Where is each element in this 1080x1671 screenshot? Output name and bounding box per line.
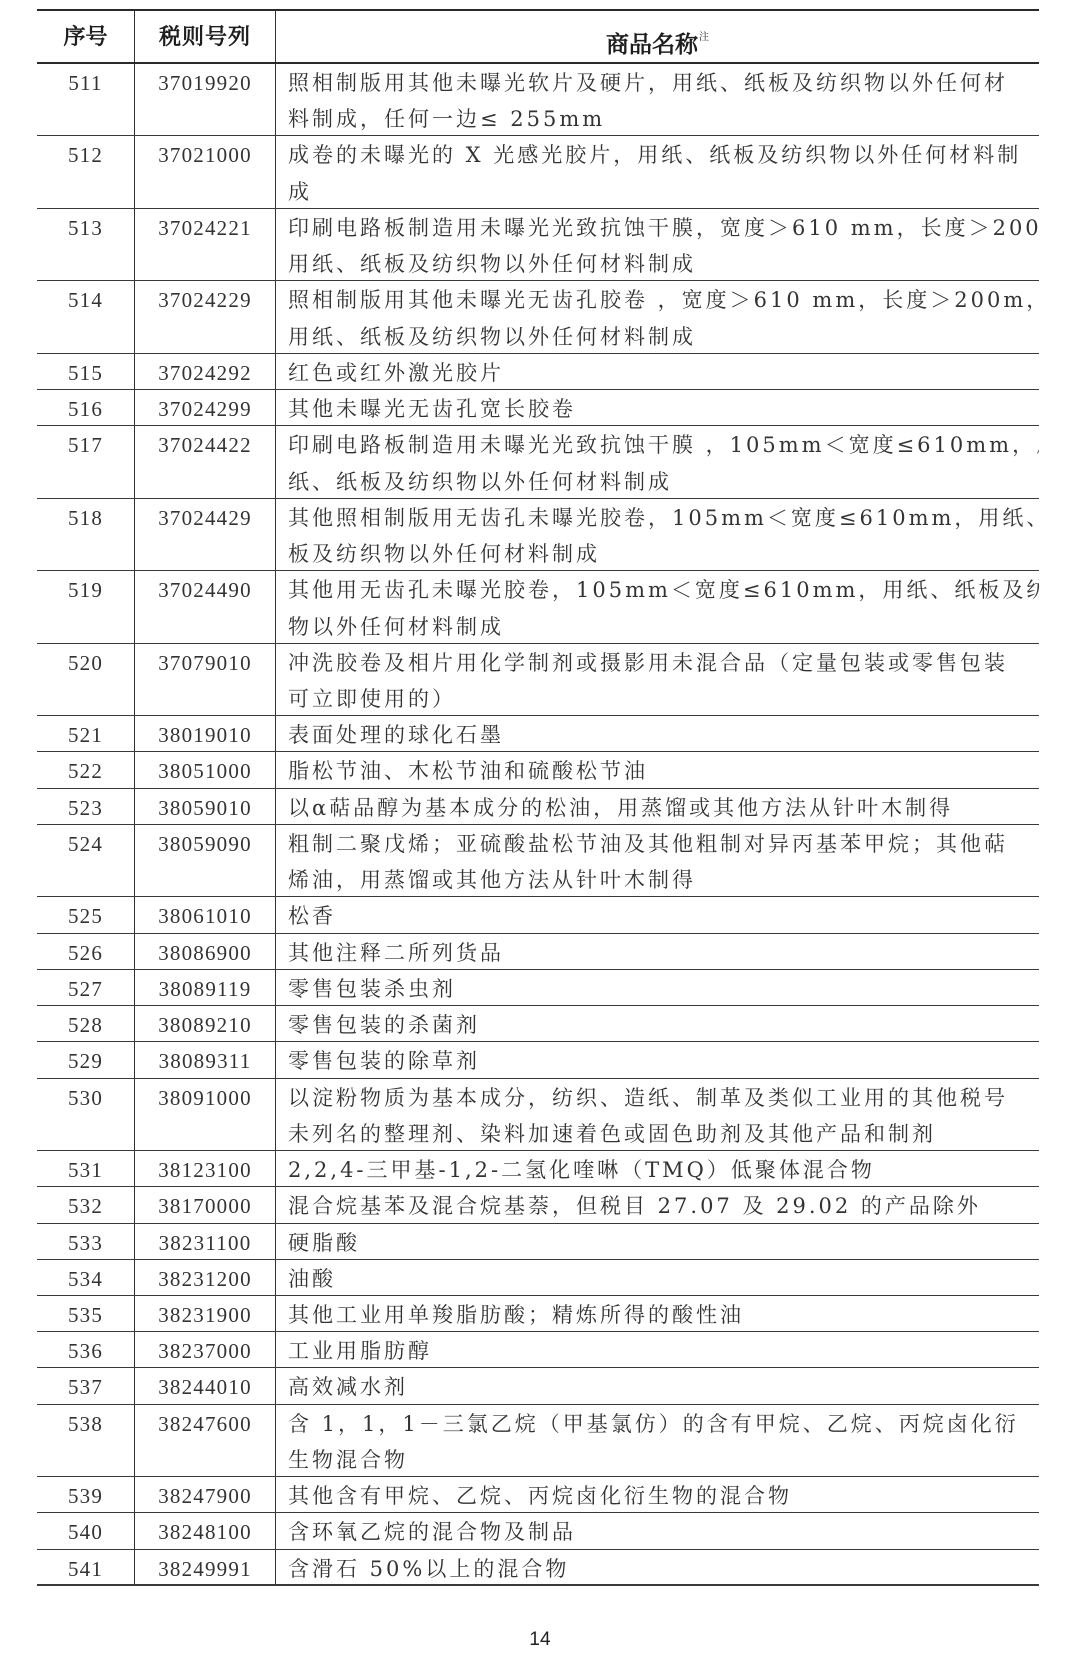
table-row: 515 37024292 红色或红外激光胶片 <box>37 354 1039 390</box>
seq-cell: 538 <box>37 1405 134 1476</box>
table-row: 525 38061010 松香 <box>37 897 1039 933</box>
seq-cell: 534 <box>37 1260 134 1295</box>
seq-cell: 515 <box>37 354 134 389</box>
tariff-code-cell: 37024229 <box>134 281 275 352</box>
table-row: 535 38231900 其他工业用单羧脂肪酸；精炼所得的酸性油 <box>37 1296 1039 1332</box>
seq-cell: 529 <box>37 1042 134 1077</box>
commodity-name-cell: 零售包装的除草剂 <box>275 1042 1039 1077</box>
commodity-name-cell: 油酸 <box>275 1260 1039 1295</box>
tariff-code-cell: 37021000 <box>134 136 275 207</box>
tariff-code-cell: 38123100 <box>134 1151 275 1186</box>
seq-cell: 527 <box>37 970 134 1005</box>
tariff-code-cell: 38091000 <box>134 1079 275 1150</box>
table-row: 538 38247600 含 1，1，1－三氯乙烷（甲基氯仿）的含有甲烷、乙烷、… <box>37 1405 1039 1477</box>
table-row: 521 38019010 表面处理的球化石墨 <box>37 716 1039 752</box>
header-note-marker: 注 <box>699 32 709 43</box>
table-header-row: 序号 税则号列 商品名称注 <box>37 11 1039 64</box>
commodity-name-cell: 表面处理的球化石墨 <box>275 716 1039 751</box>
tariff-code-cell: 38247600 <box>134 1405 275 1476</box>
table-row: 541 38249991 含滑石 50%以上的混合物 <box>37 1550 1039 1586</box>
seq-cell: 514 <box>37 281 134 352</box>
tariff-code-cell: 37024429 <box>134 499 275 570</box>
seq-cell: 523 <box>37 789 134 824</box>
page-number: 14 <box>0 1629 1080 1651</box>
commodity-name-cell: 以α萜品醇为基本成分的松油，用蒸馏或其他方法从针叶木制得 <box>275 789 1039 824</box>
table-row: 540 38248100 含环氧乙烷的混合物及制品 <box>37 1513 1039 1549</box>
seq-cell: 518 <box>37 499 134 570</box>
table-row: 534 38231200 油酸 <box>37 1260 1039 1296</box>
tariff-code-cell: 38237000 <box>134 1332 275 1367</box>
table-row: 526 38086900 其他注释二所列货品 <box>37 934 1039 970</box>
table-row: 514 37024229 照相制版用其他未曝光无齿孔胶卷 ，宽度＞610 mm，… <box>37 281 1039 353</box>
seq-cell: 536 <box>37 1332 134 1367</box>
commodity-name-cell: 高效减水剂 <box>275 1368 1039 1403</box>
commodity-name-cell: 冲洗胶卷及相片用化学制剂或摄影用未混合品（定量包装或零售包装 可立即使用的） <box>275 644 1039 715</box>
commodity-name-cell: 以淀粉物质为基本成分，纺织、造纸、制革及类似工业用的其他税号 未列名的整理剂、染… <box>275 1079 1039 1150</box>
seq-cell: 516 <box>37 390 134 425</box>
seq-cell: 528 <box>37 1006 134 1041</box>
table-row: 530 38091000 以淀粉物质为基本成分，纺织、造纸、制革及类似工业用的其… <box>37 1079 1039 1151</box>
tariff-code-cell: 38170000 <box>134 1187 275 1222</box>
header-commodity-name: 商品名称注 <box>275 11 1039 62</box>
seq-cell: 532 <box>37 1187 134 1222</box>
commodity-name-cell: 工业用脂肪醇 <box>275 1332 1039 1367</box>
seq-cell: 520 <box>37 644 134 715</box>
commodity-name-cell: 零售包装杀虫剂 <box>275 970 1039 1005</box>
tariff-code-cell: 37024292 <box>134 354 275 389</box>
seq-cell: 517 <box>37 426 134 497</box>
commodity-name-cell: 其他含有甲烷、乙烷、丙烷卤化衍生物的混合物 <box>275 1477 1039 1512</box>
commodity-name-cell: 其他照相制版用无齿孔未曝光胶卷，105mm＜宽度≤610mm，用纸、纸 板及纺织… <box>275 499 1039 570</box>
commodity-name-cell: 零售包装的杀菌剂 <box>275 1006 1039 1041</box>
commodity-name-cell: 硬脂酸 <box>275 1224 1039 1259</box>
table-row: 529 38089311 零售包装的除草剂 <box>37 1042 1039 1078</box>
seq-cell: 522 <box>37 752 134 787</box>
commodity-name-cell: 松香 <box>275 897 1039 932</box>
commodity-name-cell: 含滑石 50%以上的混合物 <box>275 1550 1039 1584</box>
seq-cell: 512 <box>37 136 134 207</box>
header-seq: 序号 <box>37 11 134 62</box>
commodity-name-cell: 照相制版用其他未曝光软片及硬片，用纸、纸板及纺织物以外任何材 料制成，任何一边≤… <box>275 64 1039 135</box>
table-row: 528 38089210 零售包装的杀菌剂 <box>37 1006 1039 1042</box>
seq-cell: 524 <box>37 825 134 896</box>
commodity-name-cell: 2,2,4-三甲基-1,2-二氢化喹啉（TMQ）低聚体混合物 <box>275 1151 1039 1186</box>
table-row: 512 37021000 成卷的未曝光的 X 光感光胶片，用纸、纸板及纺织物以外… <box>37 136 1039 208</box>
table-row: 513 37024221 印刷电路板制造用未曝光光致抗蚀干膜，宽度＞610 mm… <box>37 209 1039 281</box>
table-row: 519 37024490 其他用无齿孔未曝光胶卷，105mm＜宽度≤610mm，… <box>37 571 1039 643</box>
commodity-name-cell: 粗制二聚戊烯；亚硫酸盐松节油及其他粗制对异丙基苯甲烷；其他萜 烯油，用蒸馏或其他… <box>275 825 1039 896</box>
seq-cell: 531 <box>37 1151 134 1186</box>
commodity-name-cell: 脂松节油、木松节油和硫酸松节油 <box>275 752 1039 787</box>
table-row: 511 37019920 照相制版用其他未曝光软片及硬片，用纸、纸板及纺织物以外… <box>37 64 1039 136</box>
seq-cell: 535 <box>37 1296 134 1331</box>
table-row: 539 38247900 其他含有甲烷、乙烷、丙烷卤化衍生物的混合物 <box>37 1477 1039 1513</box>
seq-cell: 526 <box>37 934 134 969</box>
table-row: 537 38244010 高效减水剂 <box>37 1368 1039 1404</box>
table-row: 516 37024299 其他未曝光无齿孔宽长胶卷 <box>37 390 1039 426</box>
seq-cell: 511 <box>37 64 134 135</box>
tariff-code-cell: 38231200 <box>134 1260 275 1295</box>
seq-cell: 519 <box>37 571 134 642</box>
document-page: 序号 税则号列 商品名称注 511 37019920 照相制版用其他未曝光软片及… <box>0 0 1080 1671</box>
commodity-name-cell: 含 1，1，1－三氯乙烷（甲基氯仿）的含有甲烷、乙烷、丙烷卤化衍 生物混合物 <box>275 1405 1039 1476</box>
table-row: 536 38237000 工业用脂肪醇 <box>37 1332 1039 1368</box>
table-row: 533 38231100 硬脂酸 <box>37 1224 1039 1260</box>
commodity-name-cell: 其他用无齿孔未曝光胶卷，105mm＜宽度≤610mm，用纸、纸板及纺织 物以外任… <box>275 571 1039 642</box>
commodity-name-cell: 成卷的未曝光的 X 光感光胶片，用纸、纸板及纺织物以外任何材料制 成 <box>275 136 1039 207</box>
header-commodity-name-label: 商品名称 <box>606 32 698 58</box>
table-row: 518 37024429 其他照相制版用无齿孔未曝光胶卷，105mm＜宽度≤61… <box>37 499 1039 571</box>
commodity-name-cell: 其他注释二所列货品 <box>275 934 1039 969</box>
seq-cell: 541 <box>37 1550 134 1584</box>
tariff-code-cell: 38089311 <box>134 1042 275 1077</box>
tariff-code-cell: 37079010 <box>134 644 275 715</box>
header-tariff-code: 税则号列 <box>134 11 275 62</box>
tariff-code-cell: 38248100 <box>134 1513 275 1548</box>
commodity-name-cell: 含环氧乙烷的混合物及制品 <box>275 1513 1039 1548</box>
commodity-table: 序号 税则号列 商品名称注 511 37019920 照相制版用其他未曝光软片及… <box>37 9 1039 1586</box>
commodity-name-cell: 印刷电路板制造用未曝光光致抗蚀干膜 ，105mm＜宽度≤610mm，用 纸、纸板… <box>275 426 1039 497</box>
commodity-name-cell: 其他工业用单羧脂肪酸；精炼所得的酸性油 <box>275 1296 1039 1331</box>
tariff-code-cell: 38061010 <box>134 897 275 932</box>
commodity-name-cell: 印刷电路板制造用未曝光光致抗蚀干膜，宽度＞610 mm，长度＞200m， 用纸、… <box>275 209 1039 280</box>
seq-cell: 513 <box>37 209 134 280</box>
table-row: 517 37024422 印刷电路板制造用未曝光光致抗蚀干膜 ，105mm＜宽度… <box>37 426 1039 498</box>
tariff-code-cell: 37024422 <box>134 426 275 497</box>
tariff-code-cell: 38059090 <box>134 825 275 896</box>
commodity-name-cell: 照相制版用其他未曝光无齿孔胶卷 ，宽度＞610 mm，长度＞200m， 用纸、纸… <box>275 281 1039 352</box>
tariff-code-cell: 37024299 <box>134 390 275 425</box>
seq-cell: 537 <box>37 1368 134 1403</box>
table-row: 532 38170000 混合烷基苯及混合烷基萘，但税目 27.07 及 29.… <box>37 1187 1039 1223</box>
tariff-code-cell: 38019010 <box>134 716 275 751</box>
seq-cell: 539 <box>37 1477 134 1512</box>
seq-cell: 530 <box>37 1079 134 1150</box>
tariff-code-cell: 38231100 <box>134 1224 275 1259</box>
seq-cell: 521 <box>37 716 134 751</box>
tariff-code-cell: 38249991 <box>134 1550 275 1584</box>
table-row: 520 37079010 冲洗胶卷及相片用化学制剂或摄影用未混合品（定量包装或零… <box>37 644 1039 716</box>
tariff-code-cell: 38244010 <box>134 1368 275 1403</box>
table-row: 524 38059090 粗制二聚戊烯；亚硫酸盐松节油及其他粗制对异丙基苯甲烷；… <box>37 825 1039 897</box>
tariff-code-cell: 38051000 <box>134 752 275 787</box>
commodity-name-cell: 其他未曝光无齿孔宽长胶卷 <box>275 390 1039 425</box>
seq-cell: 525 <box>37 897 134 932</box>
tariff-code-cell: 38247900 <box>134 1477 275 1512</box>
table-row: 522 38051000 脂松节油、木松节油和硫酸松节油 <box>37 752 1039 788</box>
commodity-name-cell: 混合烷基苯及混合烷基萘，但税目 27.07 及 29.02 的产品除外 <box>275 1187 1039 1222</box>
tariff-code-cell: 38089119 <box>134 970 275 1005</box>
tariff-code-cell: 38059010 <box>134 789 275 824</box>
tariff-code-cell: 37024221 <box>134 209 275 280</box>
table-row: 531 38123100 2,2,4-三甲基-1,2-二氢化喹啉（TMQ）低聚体… <box>37 1151 1039 1187</box>
seq-cell: 533 <box>37 1224 134 1259</box>
tariff-code-cell: 38086900 <box>134 934 275 969</box>
seq-cell: 540 <box>37 1513 134 1548</box>
tariff-code-cell: 37019920 <box>134 64 275 135</box>
tariff-code-cell: 37024490 <box>134 571 275 642</box>
table-row: 527 38089119 零售包装杀虫剂 <box>37 970 1039 1006</box>
tariff-code-cell: 38089210 <box>134 1006 275 1041</box>
table-row: 523 38059010 以α萜品醇为基本成分的松油，用蒸馏或其他方法从针叶木制… <box>37 789 1039 825</box>
tariff-code-cell: 38231900 <box>134 1296 275 1331</box>
commodity-name-cell: 红色或红外激光胶片 <box>275 354 1039 389</box>
